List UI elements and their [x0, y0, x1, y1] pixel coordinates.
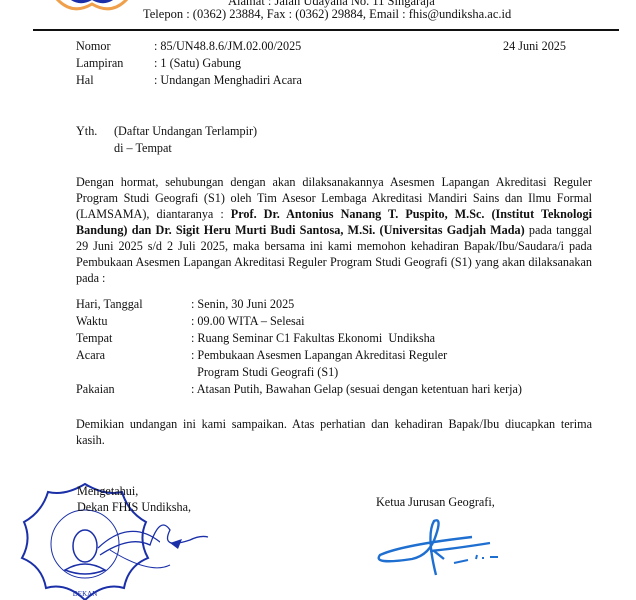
hal-label: Hal [76, 73, 154, 88]
detail-row: Hari, Tanggal: Senin, 30 Juni 2025 [76, 297, 294, 312]
detail-row: Pakaian: Atasan Putih, Bawahan Gelap (se… [76, 382, 522, 397]
recipient-yth: Yth. [76, 124, 97, 139]
hal-value: : Undangan Menghadiri Acara [154, 73, 302, 87]
detail-value: : Atasan Putih, Bawahan Gelap (sesuai de… [191, 382, 522, 396]
svg-text:DEKAN: DEKAN [73, 590, 98, 598]
sign-left-line1: Mengetahui, [77, 484, 138, 499]
lampiran-label: Lampiran [76, 56, 154, 71]
meta-lampiran: Lampiran: 1 (Satu) Gabung [76, 56, 241, 71]
dean-signature [90, 505, 210, 575]
nomor-value: : 85/UN48.8.6/JM.02.00/2025 [154, 39, 301, 53]
detail-row: Acara: Pembukaan Asesmen Lapangan Akredi… [76, 348, 447, 363]
sign-right-line1: Ketua Jurusan Geografi, [376, 495, 495, 510]
closing-paragraph: Demikian undangan ini kami sampaikan. At… [76, 416, 592, 448]
detail-label: Tempat [76, 331, 191, 346]
detail-label: Waktu [76, 314, 191, 329]
detail-label: Acara [76, 348, 191, 363]
recipient-name: (Daftar Undangan Terlampir) [114, 124, 257, 139]
detail-value: : 09.00 WITA – Selesai [191, 314, 305, 328]
body-paragraph: Dengan hormat, sehubungan dengan akan di… [76, 174, 592, 286]
detail-value: : Pembukaan Asesmen Lapangan Akreditasi … [191, 348, 447, 362]
recipient-place: di – Tempat [114, 141, 172, 156]
detail-label: Hari, Tanggal [76, 297, 191, 312]
meta-nomor: Nomor: 85/UN48.8.6/JM.02.00/2025 [76, 39, 301, 54]
letter-date: 24 Juni 2025 [503, 39, 566, 54]
head-signature [372, 515, 502, 590]
letterhead-divider [33, 29, 619, 31]
detail-row: Tempat: Ruang Seminar C1 Fakultas Ekonom… [76, 331, 435, 346]
detail-label: Pakaian [76, 382, 191, 397]
lampiran-value: : 1 (Satu) Gabung [154, 56, 241, 70]
detail-row: Program Studi Geografi (S1) [76, 365, 338, 380]
detail-value: : Ruang Seminar C1 Fakultas Ekonomi Undi… [191, 331, 435, 345]
letterhead-contact: Telepon : (0362) 23884, Fax : (0362) 298… [143, 7, 511, 22]
detail-value: : Senin, 30 Juni 2025 [191, 297, 294, 311]
meta-hal: Hal: Undangan Menghadiri Acara [76, 73, 302, 88]
detail-value: Program Studi Geografi (S1) [191, 365, 338, 379]
university-logo [52, 0, 132, 16]
nomor-label: Nomor [76, 39, 154, 54]
detail-row: Waktu: 09.00 WITA – Selesai [76, 314, 305, 329]
